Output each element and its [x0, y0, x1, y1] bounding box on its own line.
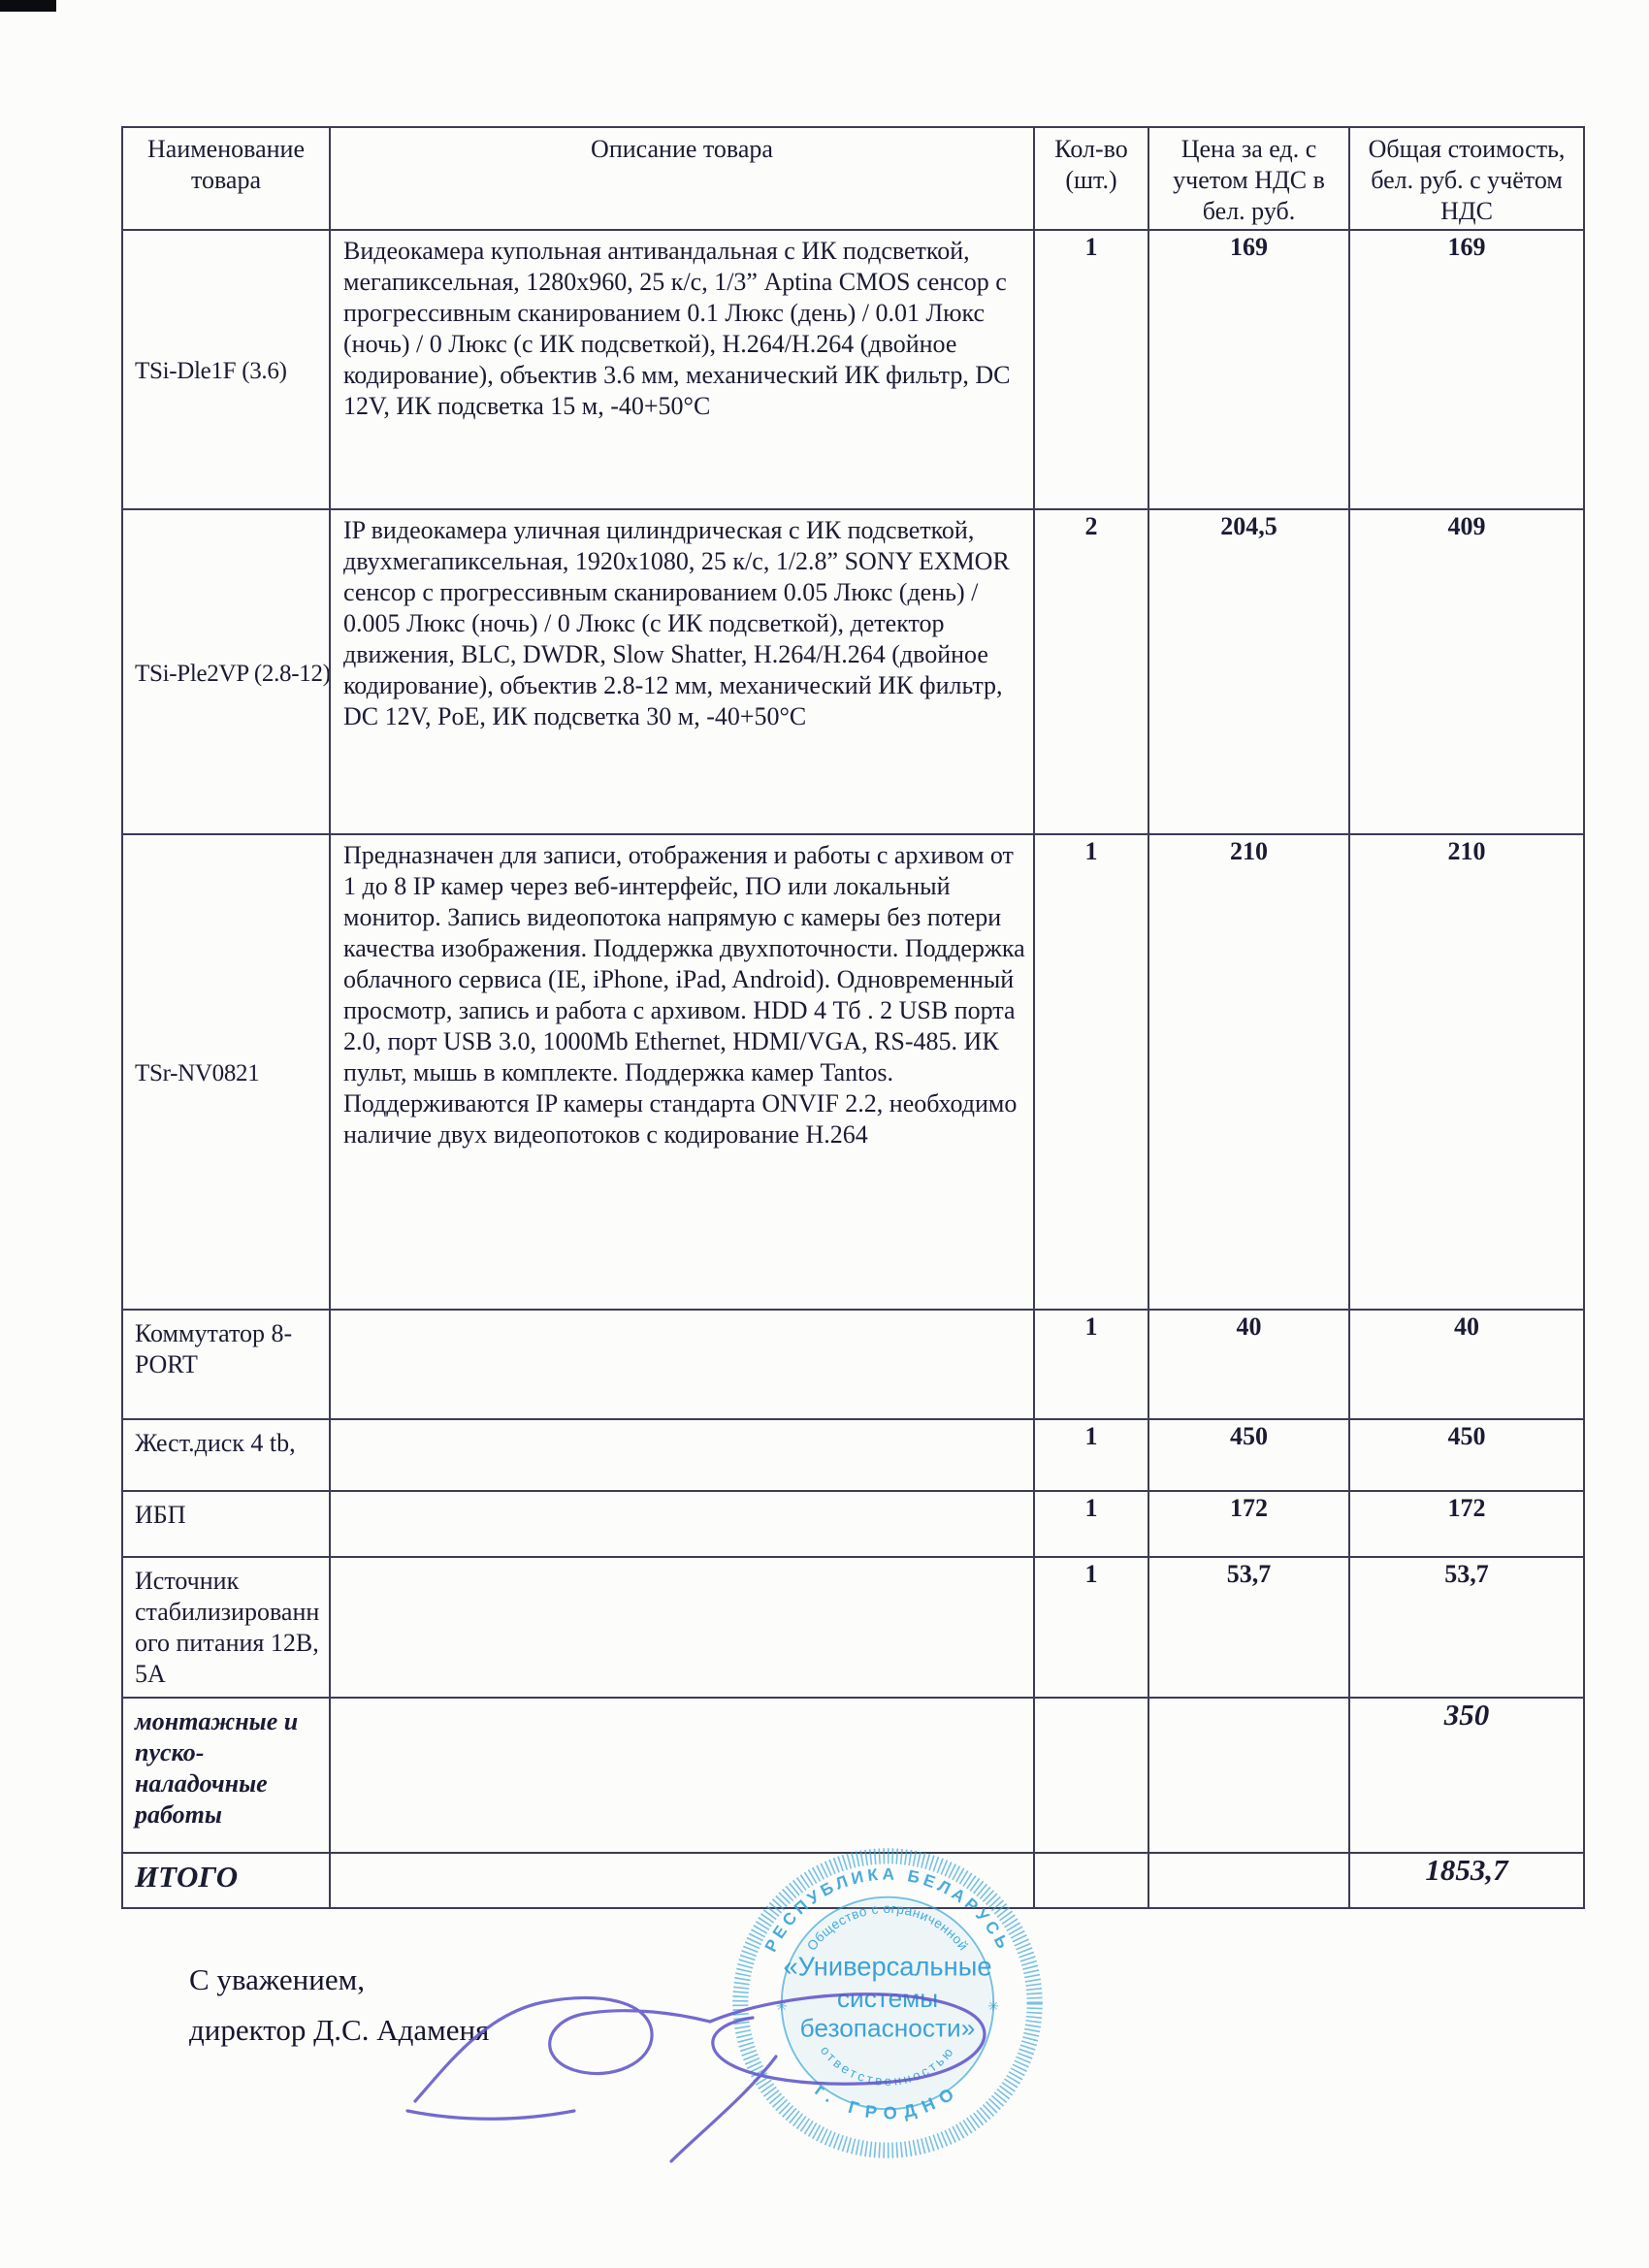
- svg-text:г. ГРОДНО: г. ГРОДНО: [811, 2080, 963, 2123]
- product-description-cell: [330, 1853, 1034, 1908]
- quantity-cell: 1: [1034, 1310, 1148, 1419]
- closing-block: С уважением, директор Д.С. Адаменя: [189, 1955, 489, 2056]
- unit-price-cell: 169: [1148, 230, 1349, 509]
- total-cost-cell: 1853,7: [1349, 1853, 1584, 1908]
- product-description-cell: [330, 1310, 1034, 1419]
- stamp-star-left-icon: ✳: [776, 1998, 788, 2014]
- total-cost-cell: 350: [1349, 1698, 1584, 1853]
- stamp-inner-top-text: Общество с ограниченной: [804, 1901, 971, 1954]
- closing-signatory: директор Д.С. Адаменя: [189, 2005, 489, 2056]
- product-name-cell: ИБП: [122, 1491, 330, 1557]
- signature-stroke-big-oval: [710, 1994, 985, 2085]
- quantity-cell: 1: [1034, 834, 1148, 1310]
- table-row: TSr-NV0821Предназначен для записи, отобр…: [122, 834, 1584, 1310]
- product-name-cell: Источник стабилизированного питания 12В,…: [122, 1557, 330, 1698]
- stamp-center-line1: «Универсальные: [783, 1952, 991, 1982]
- stamp-inner-texture: [784, 1899, 991, 2107]
- quantity-cell: 1: [1034, 1491, 1148, 1557]
- table-row: монтажные и пуско-наладочные работы350: [122, 1698, 1584, 1853]
- total-cost-cell: 409: [1349, 509, 1584, 834]
- product-name-cell: монтажные и пуско-наладочные работы: [122, 1698, 330, 1853]
- total-cost-cell: 172: [1349, 1491, 1584, 1557]
- total-cost-cell: 53,7: [1349, 1557, 1584, 1698]
- stamp-inner-bottom-text: ответственностью: [818, 2043, 957, 2089]
- quantity-cell: 2: [1034, 509, 1148, 834]
- col-header-product-name: Наименование товара: [122, 127, 330, 230]
- closing-regards: С уважением,: [189, 1955, 489, 2005]
- total-cost-cell: 450: [1349, 1419, 1584, 1491]
- product-name-cell: TSr-NV0821: [122, 834, 330, 1310]
- unit-price-cell: 40: [1148, 1310, 1349, 1419]
- col-header-total-cost: Общая стоимость, бел. руб. с учётом НДС: [1349, 127, 1584, 230]
- table-row: Жест.диск 4 tb,1450450: [122, 1419, 1584, 1491]
- svg-text:Общество с ограниченной: Общество с ограниченной: [804, 1901, 971, 1954]
- stamp-star-right-icon: ✳: [987, 1998, 999, 2014]
- product-description-cell: [330, 1698, 1034, 1853]
- total-cost-cell: 169: [1349, 230, 1584, 509]
- total-cost-cell: 40: [1349, 1310, 1584, 1419]
- table-row: Источник стабилизированного питания 12В,…: [122, 1557, 1584, 1698]
- col-header-unit-price: Цена за ед. с учетом НДС в бел. руб.: [1148, 127, 1349, 230]
- unit-price-cell: 450: [1148, 1419, 1349, 1491]
- quantity-cell: 1: [1034, 1557, 1148, 1698]
- product-name-cell: TSi-Ple2VP (2.8-12): [122, 509, 330, 834]
- table-row: Коммутатор 8-PORT14040: [122, 1310, 1584, 1419]
- product-name-cell: Коммутатор 8-PORT: [122, 1310, 330, 1419]
- scan-artifact-black-mark: [0, 0, 56, 12]
- table-row: ИТОГО1853,7: [122, 1853, 1584, 1908]
- stamp-inner-ring: [782, 1897, 993, 2109]
- product-description-cell: IP видеокамера уличная цилиндрическая с …: [330, 509, 1034, 834]
- quote-table: Наименование товара Описание товара Кол-…: [121, 126, 1585, 1909]
- signature-stroke-flourish: [407, 2111, 574, 2119]
- quantity-cell: 1: [1034, 1419, 1148, 1491]
- table-row: TSi-Dle1F (3.6)Видеокамера купольная ант…: [122, 230, 1584, 509]
- stamp-outer-bottom-text: г. ГРОДНО: [811, 2080, 963, 2123]
- unit-price-cell: [1148, 1853, 1349, 1908]
- total-cost-cell: 210: [1349, 834, 1584, 1310]
- quantity-cell: [1034, 1853, 1148, 1908]
- product-description-cell: [330, 1419, 1034, 1491]
- table-row: TSi-Ple2VP (2.8-12)IP видеокамера улична…: [122, 509, 1584, 834]
- col-header-product-description: Описание товара: [330, 127, 1034, 230]
- signature-stroke-tail: [671, 2057, 776, 2161]
- scanned-quote-document: Наименование товара Описание товара Кол-…: [0, 0, 1649, 2268]
- product-description-cell: [330, 1557, 1034, 1698]
- col-header-quantity: Кол-во (шт.): [1034, 127, 1148, 230]
- product-name-cell: TSi-Dle1F (3.6): [122, 230, 330, 509]
- unit-price-cell: 204,5: [1148, 509, 1349, 834]
- product-name-cell: ИТОГО: [122, 1853, 330, 1908]
- product-description-cell: Предназначен для записи, отображения и р…: [330, 834, 1034, 1310]
- stamp-center-line2: системы: [837, 1984, 938, 2013]
- svg-text:ответственностью: ответственностью: [818, 2043, 957, 2089]
- table-header-row: Наименование товара Описание товара Кол-…: [122, 127, 1584, 230]
- stamp-center-line3: безопасности»: [800, 2013, 976, 2042]
- unit-price-cell: 172: [1148, 1491, 1349, 1557]
- unit-price-cell: [1148, 1698, 1349, 1853]
- quantity-cell: [1034, 1698, 1148, 1853]
- product-description-cell: [330, 1491, 1034, 1557]
- unit-price-cell: 210: [1148, 834, 1349, 1310]
- product-name-cell: Жест.диск 4 tb,: [122, 1419, 330, 1491]
- quantity-cell: 1: [1034, 230, 1148, 509]
- table-row: ИБП1172172: [122, 1491, 1584, 1557]
- product-description-cell: Видеокамера купольная антивандальная с И…: [330, 230, 1034, 509]
- unit-price-cell: 53,7: [1148, 1557, 1349, 1698]
